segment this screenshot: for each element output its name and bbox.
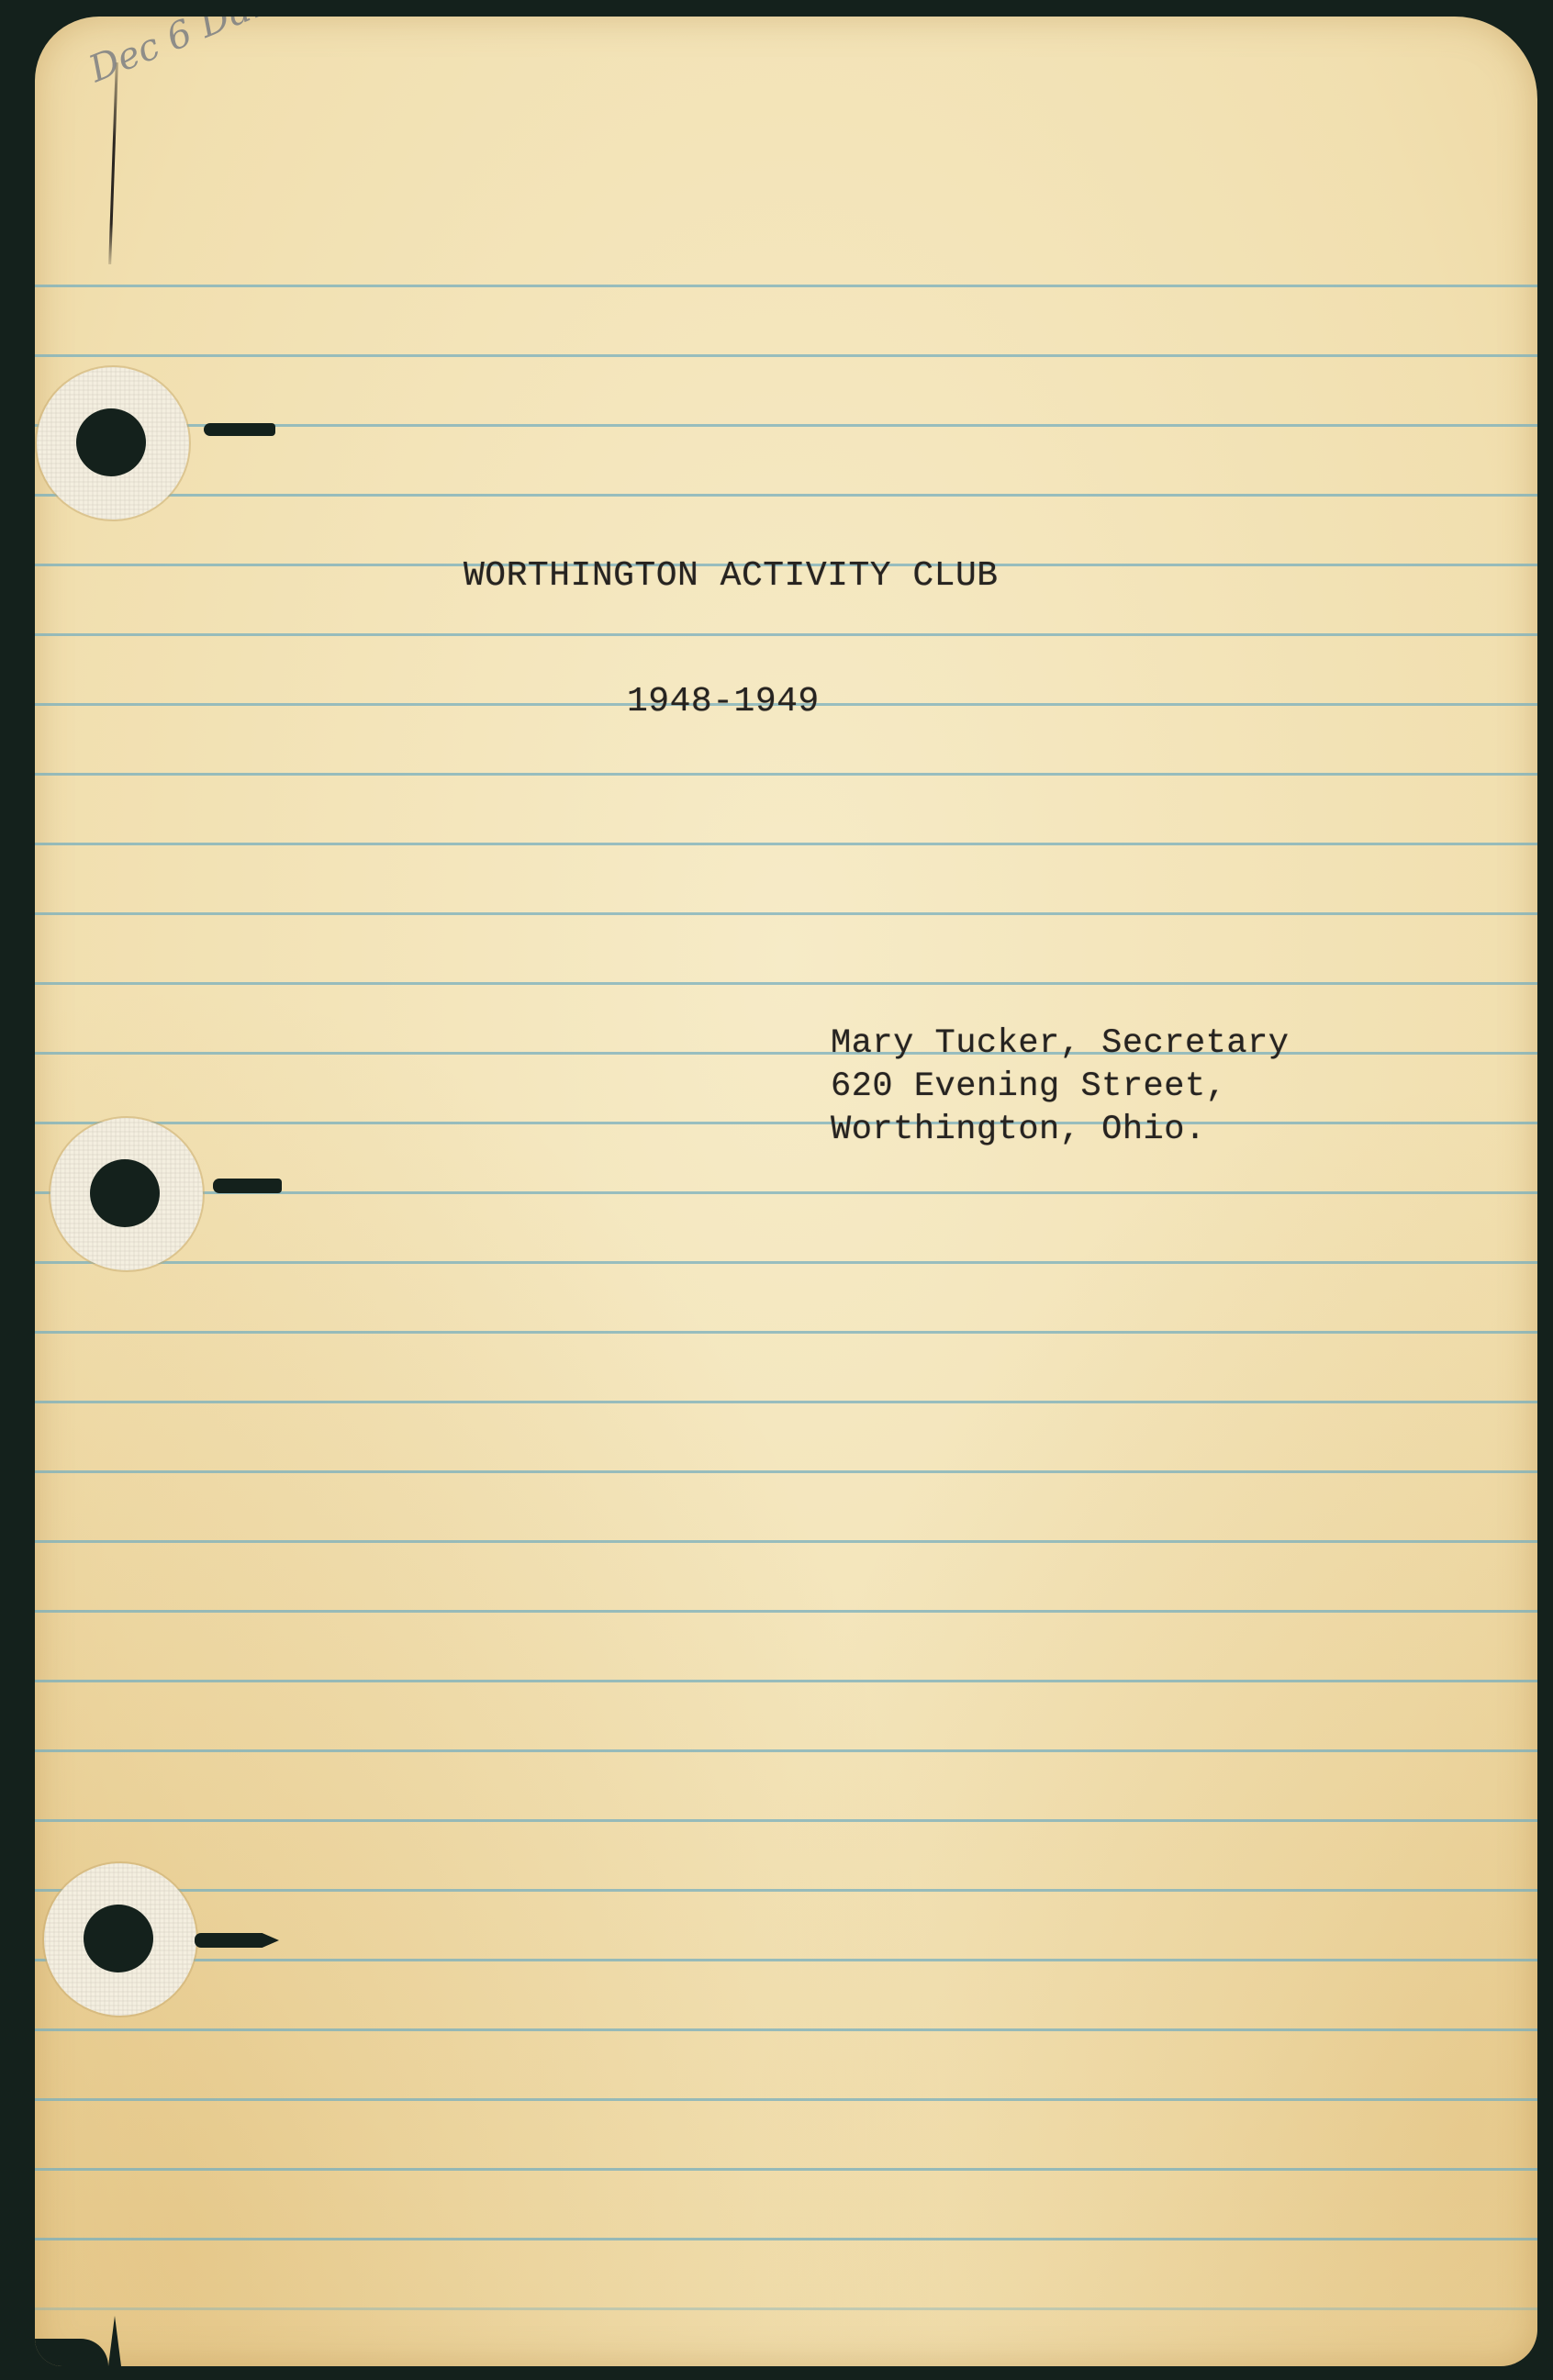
secretary-city: Worthington, Ohio. xyxy=(831,1111,1206,1149)
ruled-line xyxy=(35,982,1537,985)
torn-edge xyxy=(108,2316,121,2366)
ruled-line xyxy=(35,1540,1537,1543)
paper-tear xyxy=(108,62,118,264)
binder-hole-reinforcement-middle xyxy=(50,1118,203,1270)
ruled-line xyxy=(35,1122,1537,1124)
ruled-line xyxy=(35,285,1537,287)
ruled-line xyxy=(35,773,1537,776)
binder-slot xyxy=(213,1179,282,1193)
binder-slot xyxy=(195,1933,279,1948)
secretary-street: 620 Evening Street, xyxy=(831,1067,1226,1106)
ruled-line xyxy=(35,1331,1537,1334)
ruled-line xyxy=(35,354,1537,357)
club-title: WORTHINGTON ACTIVITY CLUB xyxy=(464,556,999,596)
ruled-line xyxy=(35,633,1537,636)
torn-edge xyxy=(35,2339,108,2366)
ruled-line xyxy=(35,2307,1537,2310)
ruled-line xyxy=(35,1470,1537,1473)
ruled-line xyxy=(35,1819,1537,1822)
ruled-line xyxy=(35,1959,1537,1961)
ruled-line xyxy=(35,494,1537,497)
ruled-line xyxy=(35,1889,1537,1892)
ruled-line xyxy=(35,1610,1537,1613)
ruled-line xyxy=(35,2238,1537,2240)
punched-hole-icon xyxy=(84,1905,153,1972)
ruled-line xyxy=(35,2168,1537,2171)
ruled-line xyxy=(35,1261,1537,1264)
punched-hole-icon xyxy=(90,1159,160,1227)
secretary-name: Mary Tucker, Secretary xyxy=(831,1024,1289,1063)
binder-hole-reinforcement-bottom xyxy=(44,1863,196,2016)
ruled-line xyxy=(35,912,1537,915)
year-range: 1948-1949 xyxy=(627,682,820,721)
ruled-line xyxy=(35,1401,1537,1403)
ruled-line xyxy=(35,1680,1537,1682)
punched-hole-icon xyxy=(76,408,146,476)
pencil-annotation: Dec 6 Dancing xyxy=(84,17,352,91)
ruled-line xyxy=(35,1052,1537,1055)
ruled-line xyxy=(35,2098,1537,2101)
binder-hole-reinforcement-top xyxy=(37,367,189,520)
ruled-line xyxy=(35,843,1537,845)
ruled-line xyxy=(35,2028,1537,2031)
binder-slot xyxy=(204,423,275,436)
ruled-line xyxy=(35,1749,1537,1752)
